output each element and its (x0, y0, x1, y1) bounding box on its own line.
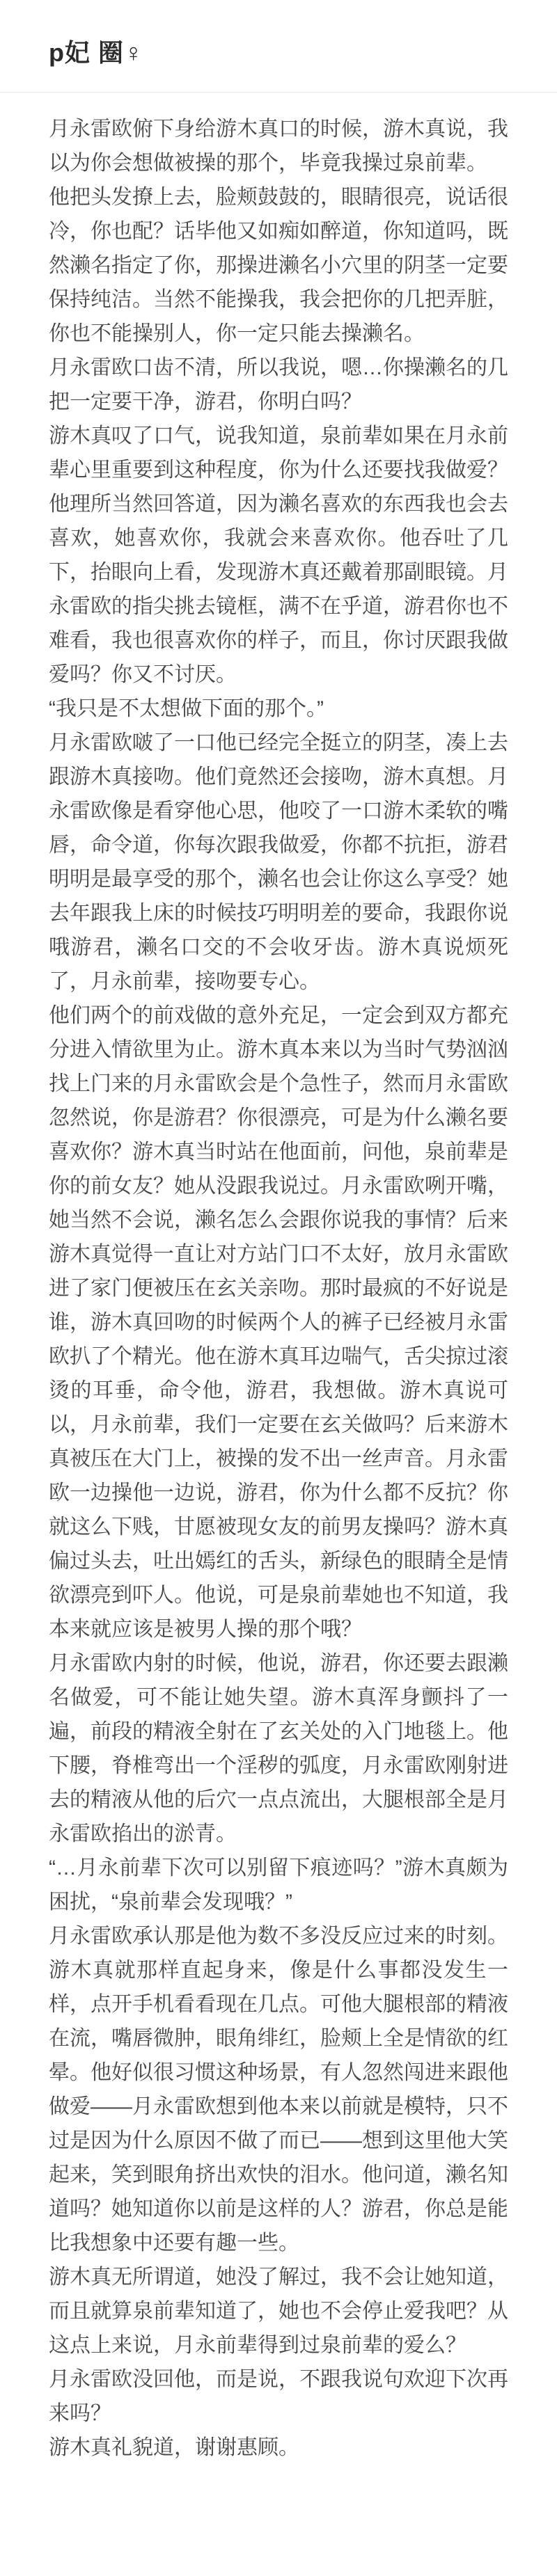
post-body: 月永雷欧俯下身给游木真口的时候，游木真说，我以为你会想做被操的那个，毕竟我操过泉… (49, 112, 508, 2465)
paragraph: 游木真礼貌道，谢谢惠顾。 (49, 2431, 508, 2465)
paragraph: 他们两个的前戏做的意外充足，一定会到双方都充分进入情欲里为止。游木真本来以为当时… (49, 999, 508, 1646)
paragraph: 游木真叹了口气，说我知道，泉前辈如果在月永前辈心里重要到这种程度，你为什么还要找… (49, 419, 508, 692)
paragraph: 月永雷欧没回他，而是说，不跟我说句欢迎下次再来吗？ (49, 2362, 508, 2431)
paragraph: “我只是不太想做下面的那个。” (49, 692, 508, 726)
title-divider (0, 92, 557, 93)
paragraph: 月永雷欧俯下身给游木真口的时候，游木真说，我以为你会想做被操的那个，毕竟我操过泉… (49, 112, 508, 180)
post-page: p妃 圈♀ 月永雷欧俯下身给游木真口的时候，游木真说，我以为你会想做被操的那个，… (0, 0, 557, 2576)
paragraph: “…月永前辈下次可以别留下痕迹吗？”游木真颇为困扰，“泉前辈会发现哦？” (49, 1851, 508, 1919)
paragraph: 月永雷欧啵了一口他已经完全挺立的阴茎，凑上去跟游木真接吻。他们竟然还会接吻，游木… (49, 726, 508, 999)
paragraph: 月永雷欧承认那是他为数不多没反应过来的时刻。游木真就那样直起身来，像是什么事都没… (49, 1919, 508, 2260)
post-title: p妃 圈♀ (0, 0, 557, 68)
paragraph: 游木真无所谓道，她没了解过，我不会让她知道，而且就算泉前辈知道了，她也不会停止爱… (49, 2260, 508, 2362)
paragraph: 月永雷欧内射的时候，他说，游君，你还要去跟濑名做爱，可不能让她失望。游木真浑身颤… (49, 1646, 508, 1851)
paragraph: 月永雷欧口齿不清，所以我说，嗯…你操濑名的几把一定要干净，游君，你明白吗？ (49, 351, 508, 419)
paragraph: 他把头发撩上去，脸颊鼓鼓的，眼睛很亮，说话很冷，你也配？话毕他又如痴如醉道，你知… (49, 180, 508, 351)
